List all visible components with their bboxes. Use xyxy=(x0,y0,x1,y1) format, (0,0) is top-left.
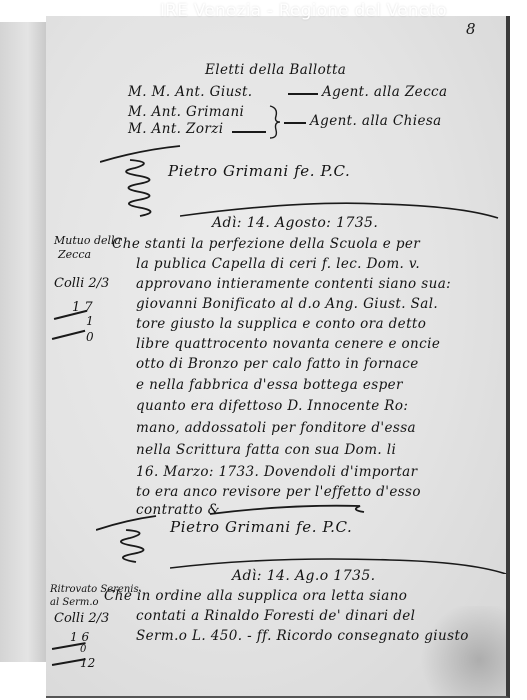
entry1-line: nella Scrittura fatta con sua Dom. li xyxy=(136,442,396,458)
dash-line xyxy=(284,122,306,124)
header-signature: Pietro Grimani fe. P.C. xyxy=(168,162,350,180)
entry1-line: la publica Capella di ceri f. lec. Dom. … xyxy=(136,256,420,272)
document-scan: IRE Venezia - Regione del Veneto 8 Elett… xyxy=(0,0,527,700)
header-entry-name: M. M. Ant. Giust. xyxy=(128,84,253,100)
line-end-flourish-icon xyxy=(210,498,370,520)
entry1-signature: Pietro Grimani fe. P.C. xyxy=(170,518,352,536)
entry1-margin-note: Zecca xyxy=(58,248,91,261)
entry1-line: approvano intieramente contenti siano su… xyxy=(136,276,451,292)
dash-line xyxy=(288,93,318,95)
entry1-line: otto di Bronzo per calo fatto in fornace xyxy=(136,356,419,372)
entry1-line: libre quattrocento novanta cenere e onci… xyxy=(136,336,440,352)
header-entry-name: M. Ant. Zorzi xyxy=(128,121,223,137)
entry1-line: mano, addossatoli per fonditore d'essa xyxy=(136,420,416,436)
entry1-line: tore giusto la supplica e conto ora dett… xyxy=(136,316,426,332)
entry1-line: e nella fabbrica d'essa bottega esper xyxy=(136,377,403,393)
entry1-date: Adì: 14. Agosto: 1735. xyxy=(212,215,378,231)
folio-number: 8 xyxy=(466,20,476,38)
entry2-margin-figure: 12 xyxy=(80,656,95,670)
entry2-margin-colli: Colli 2/3 xyxy=(54,611,109,626)
entry1-line: quanto era difettoso D. Innocente Ro: xyxy=(136,398,408,414)
page-stain xyxy=(416,606,506,696)
entry1-margin-figure: 1 xyxy=(86,314,94,328)
previous-page-edge xyxy=(0,22,47,662)
entry2-line: Serm.o L. 450. - ff. Ricordo consegnato … xyxy=(136,628,469,644)
entry1-line: Che stanti la perfezione della Scuola e … xyxy=(112,236,420,252)
brace-icon xyxy=(268,104,282,140)
entry1-margin-colli: Colli 2/3 xyxy=(54,276,109,291)
entry2-margin-figure: 0 xyxy=(80,644,86,655)
entry2-line: Che in ordine alla supplica ora letta si… xyxy=(104,588,407,604)
header-entry-role: Agent. alla Chiesa xyxy=(310,113,442,129)
signature-flourish-icon xyxy=(100,140,190,220)
signature-flourish-icon xyxy=(96,508,176,568)
entry2-margin-figure: 1 6 xyxy=(70,630,89,644)
entry2-date: Adì: 14. Ag.o 1735. xyxy=(232,568,376,584)
entry2-margin-note: al Serm.o xyxy=(50,597,99,608)
header-entry-role: Agent. alla Zecca xyxy=(322,84,447,100)
header-entry-name: M. Ant. Grimani xyxy=(128,104,244,120)
entry1-line: 16. Marzo: 1733. Dovendoli d'importar xyxy=(136,464,417,480)
entry1-line: giovanni Bonificato al d.o Ang. Giust. S… xyxy=(136,296,438,312)
entry2-line: contati a Rinaldo Foresti de' dinari del xyxy=(136,608,415,624)
header-title: Eletti della Ballotta xyxy=(205,62,346,78)
entry1-margin-figure: 0 xyxy=(86,330,94,344)
watermark: IRE Venezia - Regione del Veneto xyxy=(160,1,447,21)
dash-line xyxy=(232,131,266,133)
